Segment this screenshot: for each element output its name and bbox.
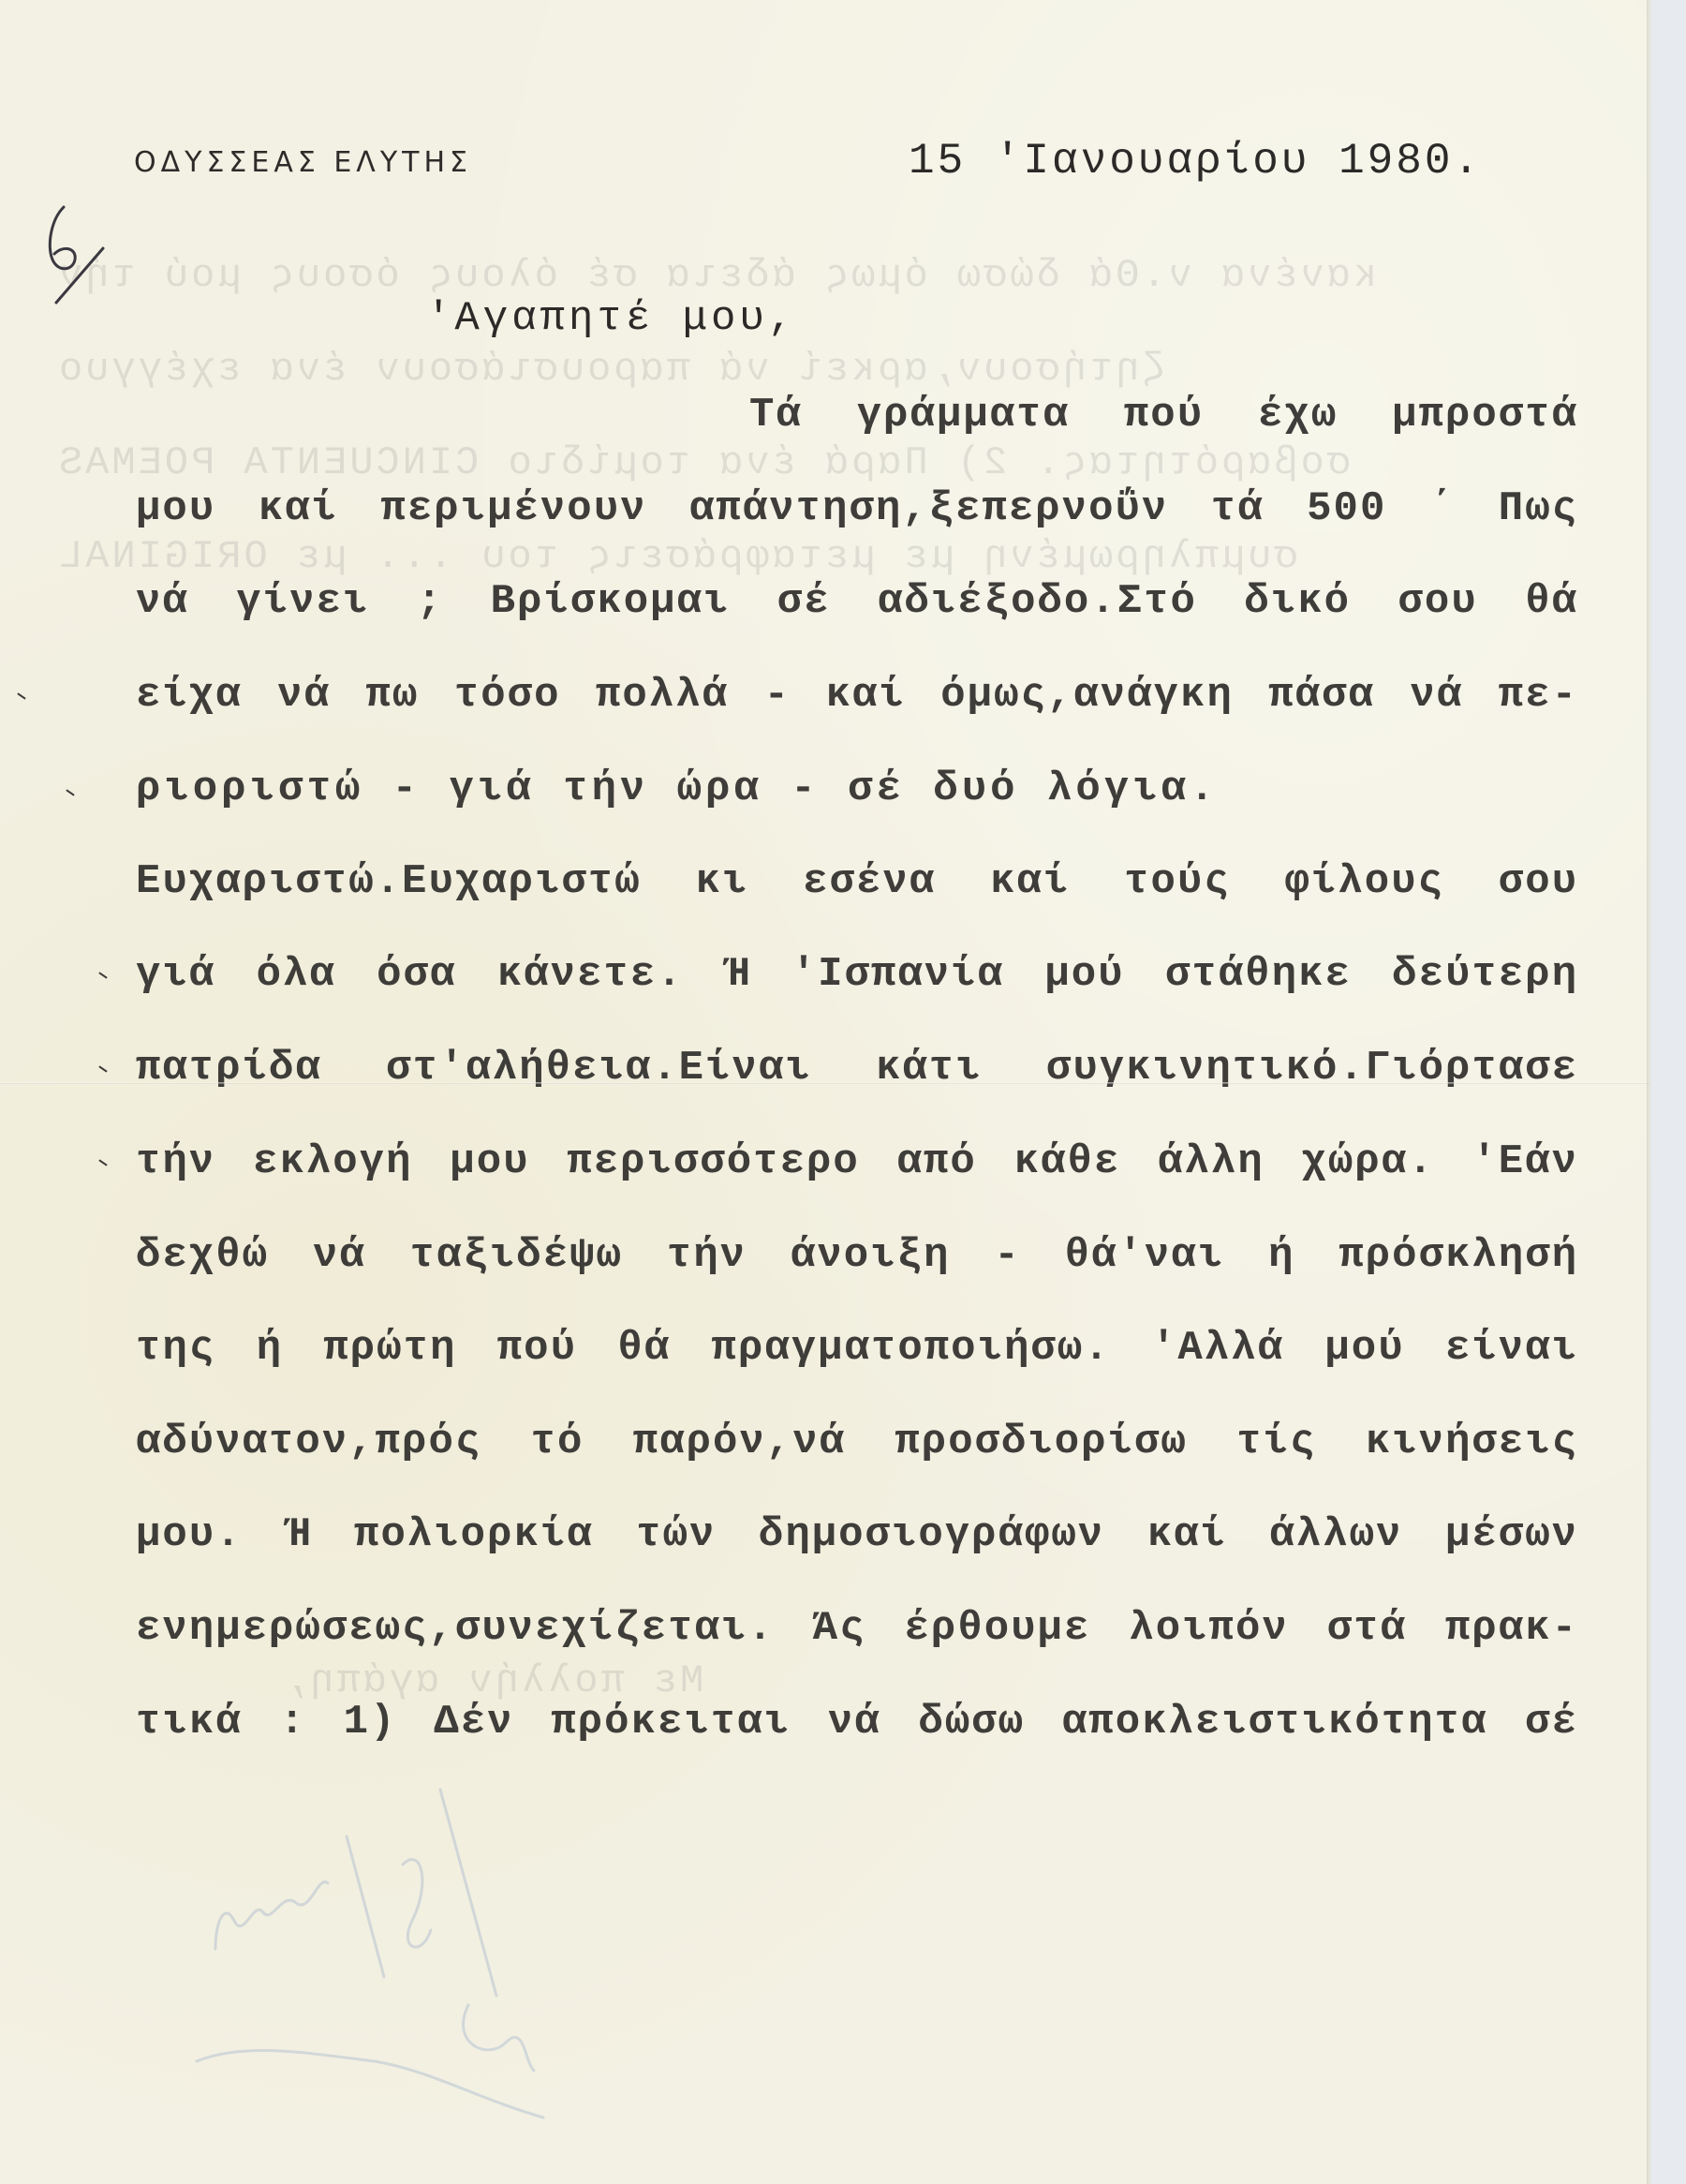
- body-line: ενημερώσεως,συνεχίζεται. Άς έρθουμε λοιπ…: [136, 1605, 1578, 1652]
- letter-page: κανένα ν.Θά δώσω όμως άδεια σέ όλους όσο…: [0, 0, 1650, 2184]
- body-line: μου. Ή πολιορκία τών δημοσιογράφων καί ά…: [136, 1511, 1578, 1558]
- margin-tick-mark: [98, 1159, 107, 1166]
- signature-bleed-through-icon: [187, 1761, 937, 2155]
- bleed-through-line: κανένα ν.Θά δώσω όμως άδεια σέ όλους όσο…: [56, 253, 1592, 298]
- body-line: Ευχαριστώ.Ευχαριστώ κι εσένα καί τούς φί…: [136, 858, 1578, 905]
- body-line: δεχθώ νά ταξιδέψω τήν άνοιξη - θά'ναι ή …: [136, 1232, 1578, 1279]
- body-line: γιά όλα όσα κάνετε. Ή 'Ισπανία μού στάθη…: [136, 951, 1578, 998]
- body-line: τικά : 1) Δέν πρόκειται νά δώσω αποκλεισ…: [136, 1699, 1578, 1746]
- letter-date: 15 'Ιανουαρίου 1980.: [909, 137, 1482, 186]
- body-line: ριοριστώ - γιά τήν ώρα - σέ δυό λόγια.: [136, 765, 1218, 812]
- body-line: αδύνατον,πρός τό παρόν,νά προσδιορίσω τί…: [136, 1419, 1578, 1465]
- body-line: είχα νά πω τόσο πολλά - καί όμως,ανάγκη …: [136, 672, 1578, 719]
- letterhead-author-name: ΟΔΥΣΣΕΑΣ ΕΛΥΤΗΣ: [134, 146, 472, 179]
- handwritten-page-number-icon: [37, 201, 122, 305]
- salutation: 'Αγαπητέ μου,: [426, 295, 796, 342]
- margin-tick-mark: [66, 789, 74, 795]
- body-line: της ή πρώτη πού θά πραγματοποιήσω. 'Αλλά…: [136, 1325, 1578, 1372]
- margin-tick-mark: [17, 692, 25, 699]
- margin-tick-mark: [98, 1065, 107, 1072]
- bleed-through-line: σοβαρότητας. 2) Παρά ένα τομίδιο CINCUEN…: [56, 440, 1592, 485]
- body-line: τήν εκλογή μου περισσότερο από κάθε άλλη…: [136, 1138, 1578, 1185]
- body-line: Τά γράμματα πού έχω μπροστά: [749, 392, 1578, 438]
- bleed-through-closing: Με πολλήν αγάπη,: [281, 1658, 1030, 1703]
- body-line: νά γίνει ; Βρίσκομαι σέ αδιέξοδο.Στό δικ…: [136, 578, 1578, 625]
- bleed-through-line: ζητήσουν,αρκεί νά παρουσιάσουν ένα εχέγγ…: [56, 347, 1592, 392]
- margin-tick-mark: [98, 972, 107, 978]
- body-line: μου καί περιμένουν απάντηση,ξεπερνοΰν τά…: [136, 485, 1578, 532]
- body-line: πατρίδα στ'αλήθεια.Είναι κάτι συγκινητικ…: [136, 1045, 1578, 1092]
- paper-edge: [1647, 0, 1652, 2184]
- paper-fold-crease: [0, 1082, 1650, 1084]
- bleed-through-line: συμπληρωμένη με μεταφράσεις του ... με O…: [56, 534, 1592, 579]
